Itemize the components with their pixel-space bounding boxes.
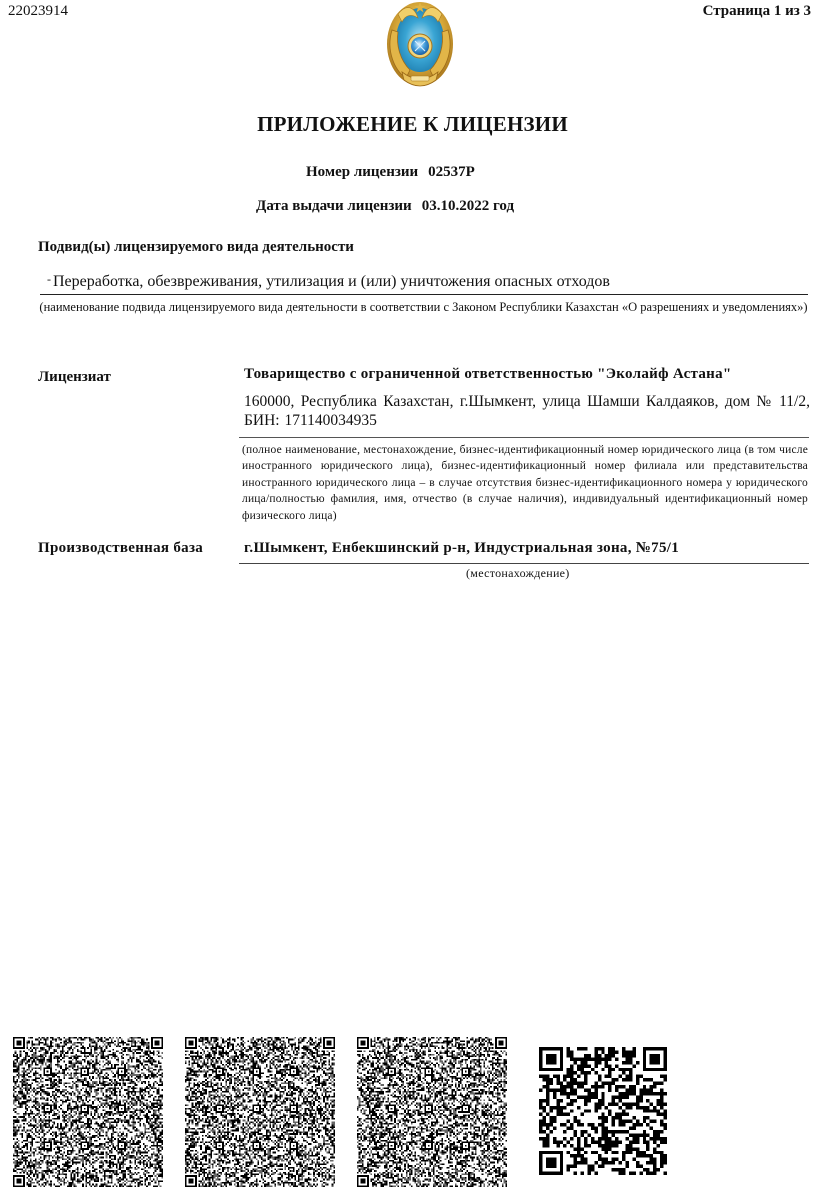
production-base-note: (местонахождение) xyxy=(466,566,570,581)
subtype-note: (наименование подвида лицензируемого вид… xyxy=(36,299,811,315)
page-info: Страница 1 из 3 xyxy=(703,3,811,20)
activity-item: -Переработка, обезвреживания, утилизация… xyxy=(47,272,610,291)
qr-code-2 xyxy=(185,1037,335,1187)
page-title: ПРИЛОЖЕНИЕ К ЛИЦЕНЗИИ xyxy=(0,112,825,137)
production-base-value: г.Шымкент, Енбекшинский р-н, Индустриаль… xyxy=(244,540,679,557)
license-number-label: Номер лицензии xyxy=(306,164,418,180)
subtype-heading: Подвид(ы) лицензируемого вида деятельнос… xyxy=(38,239,354,256)
qr-code-3 xyxy=(357,1037,507,1187)
license-date: Дата выдачи лицензии03.10.2022 год xyxy=(256,198,514,215)
license-date-value: 03.10.2022 год xyxy=(422,198,514,214)
licensee-name: Товарищество с ограниченной ответственно… xyxy=(244,366,732,383)
licensee-address: 160000, Республика Казахстан, г.Шымкент,… xyxy=(244,392,810,430)
document-number: 22023914 xyxy=(8,3,68,20)
divider xyxy=(239,563,809,564)
license-number: Номер лицензии02537Р xyxy=(306,164,475,181)
licensee-note: (полное наименование, местонахождение, б… xyxy=(242,442,808,524)
qr-code-1 xyxy=(13,1037,163,1187)
divider xyxy=(40,294,808,295)
license-number-value: 02537Р xyxy=(428,164,475,180)
qr-code-4 xyxy=(539,1047,667,1175)
state-emblem-icon xyxy=(384,0,456,92)
divider xyxy=(239,437,809,438)
production-base-label: Производственная база xyxy=(38,540,203,557)
activity-text: Переработка, обезвреживания, утилизация … xyxy=(53,273,610,290)
licensee-label: Лицензиат xyxy=(38,369,111,386)
bullet-dash: - xyxy=(47,272,51,286)
license-date-label: Дата выдачи лицензии xyxy=(256,198,412,214)
